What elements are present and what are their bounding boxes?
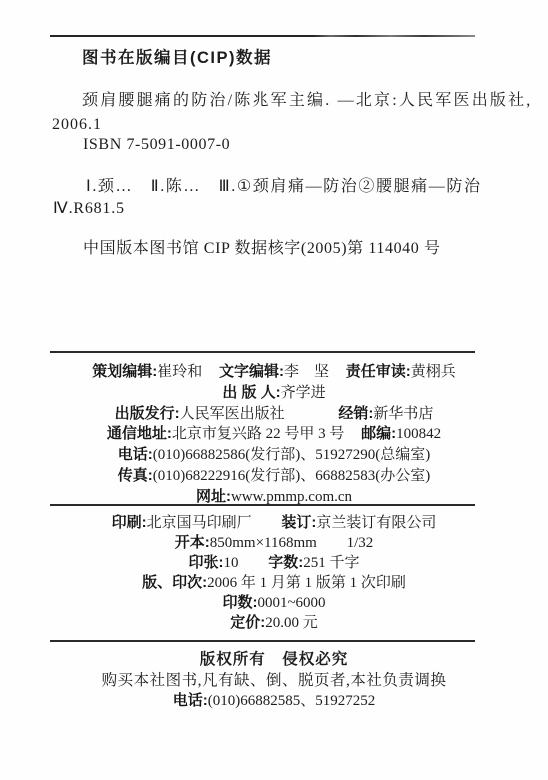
review-editor: 责任审读:黄栩兵 [346,364,456,380]
price: 定价:20.00 元 [230,615,318,631]
divider-line-2 [50,351,475,353]
divider-line-3 [50,504,475,506]
publish-issue: 出版发行:人民军医出版社 [115,406,285,422]
publisher-person: 出 版 人:齐学进 [222,385,325,401]
publisher-info-block: 策划编辑:崔玲和 文字编辑:李 坚 责任审读:黄栩兵 出 版 人:齐学进 出版发… [0,362,548,508]
distributor: 经销:新华书店 [338,406,433,422]
exchange-policy: 购买本社图书,凡有缺、倒、脱页者,本社负责调换 [0,671,548,692]
copyright-notice: 版权所有 侵权必究 [0,650,548,671]
divider-line-top [50,35,475,37]
cip-entry-line1: 颈肩腰腿痛的防治/陈兆军主编. —北京:人民军医出版社, [82,92,533,110]
word-count: 字数:251 千字 [268,555,359,571]
postal-address: 通信地址:北京市复兴路 22 号甲 3 号 [107,426,345,442]
edition: 版、印次:2006 年 1 月第 1 版第 1 次印刷 [142,575,406,591]
publish-distribute-line: 出版发行:人民军医出版社 经销:新华书店 [0,404,548,425]
format-fraction: 1/32 [347,535,374,551]
postal-code: 邮编:100842 [361,426,441,442]
service-phone: 电话:(010)66882585、51927252 [173,693,376,709]
text-editor: 文字编辑:李 坚 [219,364,329,380]
print-run: 印数:0001~6000 [222,595,325,611]
sheets-words-line: 印张:10 字数:251 千字 [0,553,548,573]
cip-isbn: ISBN 7-5091-0007-0 [83,136,230,154]
format: 开本:850mm×1168mm [175,535,317,551]
cip-heading: 图书在版编目(CIP)数据 [82,49,272,68]
binder: 装订:京兰装订有限公司 [281,515,436,531]
address-line: 通信地址:北京市复兴路 22 号甲 3 号 邮编:100842 [0,424,548,445]
phone: 电话:(010)66882586(发行部)、51927290(总编室) [118,447,430,463]
fax-line: 传真:(010)68222916(发行部)、66882583(办公室) [0,466,548,487]
divider-line-4 [50,640,475,642]
format-line: 开本:850mm×1168mm 1/32 [0,533,548,553]
printer-binder-line: 印刷:北京国马印刷厂 装订:京兰装订有限公司 [0,513,548,533]
printer: 印刷:北京国马印刷厂 [112,515,252,531]
service-phone-line: 电话:(010)66882585、51927252 [0,691,548,712]
printing-info-block: 印刷:北京国马印刷厂 装订:京兰装订有限公司 开本:850mm×1168mm 1… [0,513,548,633]
edition-line: 版、印次:2006 年 1 月第 1 版第 1 次印刷 [0,573,548,593]
website: 网址:www.pmmp.com.cn [196,489,352,505]
planning-editor: 策划编辑:崔玲和 [92,364,202,380]
fax: 传真:(010)68222916(发行部)、66882583(办公室) [118,468,430,484]
cip-classification-line1: Ⅰ.颈… Ⅱ.陈… Ⅲ.①颈肩痛—防治②腰腿痛—防治 [86,178,482,196]
price-line: 定价:20.00 元 [0,613,548,633]
book-copyright-page: 图书在版编目(CIP)数据 颈肩腰腿痛的防治/陈兆军主编. —北京:人民军医出版… [0,0,548,780]
cip-entry-line2: 2006.1 [52,116,102,134]
copyright-notice-block: 版权所有 侵权必究 购买本社图书,凡有缺、倒、脱页者,本社负责调换 电话:(01… [0,650,548,712]
cip-classification-line2: Ⅳ.R681.5 [53,200,125,218]
publisher-person-line: 出 版 人:齐学进 [0,383,548,404]
editors-line: 策划编辑:崔玲和 文字编辑:李 坚 责任审读:黄栩兵 [0,362,548,383]
print-run-line: 印数:0001~6000 [0,593,548,613]
sheets: 印张:10 [188,555,238,571]
cip-registry-number: 中国版本图书馆 CIP 数据核字(2005)第 114040 号 [83,240,441,258]
phone-line: 电话:(010)66882586(发行部)、51927290(总编室) [0,445,548,466]
